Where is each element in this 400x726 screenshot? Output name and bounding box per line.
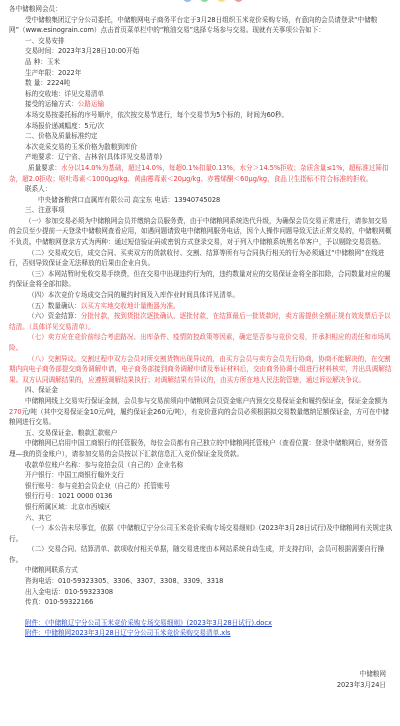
decorative-dots — [183, 0, 243, 2]
dot-green — [200, 0, 209, 2]
notice-8: （八）交割异议。交割过程中双方会员对所交割货物出现异议的，由买方会员与卖方会员先… — [9, 354, 393, 386]
delivery-place: 标的交收地：详见交易清单 — [9, 89, 393, 100]
production-year: 生产年限：2022年 — [9, 68, 393, 79]
bank-region: 银行所属区域：北京市西城区 — [9, 502, 393, 513]
transport-mode: 接受的运输方式：公路运输 — [9, 99, 393, 110]
variety: 品 种：玉米 — [9, 57, 393, 68]
signature-date: 2023年3月24日 — [9, 680, 393, 691]
account-paragraph: 中储粮网已启用中国工商银行的托管服务，每位会员都有自己独立的中储粮网托管账户（查… — [9, 438, 393, 459]
notice-6: （六）资金结算：分批付款，按到货批次逐批确认、逐批付款，在结算最后一批货款时，卖… — [9, 311, 393, 332]
fax: 传真：010-59322166 — [9, 597, 393, 608]
quantity: 数 量：2224吨 — [9, 78, 393, 89]
bank-name: 开户银行：中国工商银行翰外支行 — [9, 470, 393, 481]
announcement-body: 各中储粮网会员： 受中储粮集团辽宁分公司委托，中储粮网电子商务平台定于3月28日… — [9, 4, 393, 690]
deposit-amount: 270 — [9, 408, 22, 416]
notice-5: （五）数量确认：以买方实地交收地计量衡器为准。 — [9, 301, 393, 312]
notice-3: （三）本网站暂时免收交易手续费，但在交易中出现违约行为的，违约数量对应的交易保证… — [9, 269, 393, 290]
notice-2: （二）交易成交后，成交合同、买卖双方的货款收付、交割、结算等所有与合同执行相关的… — [9, 248, 393, 269]
section4-title: 四、保证金 — [9, 385, 393, 396]
quality-label: 质量要求： — [28, 164, 61, 172]
transport-label: 接受的运输方式： — [25, 100, 78, 108]
contact-title: 中储粮网联系方式 — [9, 565, 393, 576]
notice-5-label: （五）数量确认： — [28, 302, 81, 310]
payee-name: 收款单位账户名称：参与竞拍会员（自己的）企业名称 — [9, 460, 393, 471]
account-number: 银行账号：参与竞拍会员企业（自己的）托管账号 — [9, 481, 393, 492]
quality-value: 水分以14.0%为基础，超过14.0%，每超0.1%扣量0.13%，水分＞14.… — [9, 164, 389, 183]
contact-person: 中央储备粮营口直属库有限公司 高宝东 电话：13940745028 — [9, 195, 393, 206]
funds-phone: 出入金电话：010-59323308 — [9, 587, 393, 598]
dot-red — [234, 0, 243, 2]
bank-code: 银行行号：1021 0000 0136 — [9, 491, 393, 502]
section3-title: 三、注意事项 — [9, 205, 393, 216]
price-basis: 本次竞采交易的玉米价格为散粮到库价 — [9, 142, 393, 153]
notice-7: （七）卖方应在竞价前综合考虑路况、出库条件、疫情防控政策等因素，确定是否参与竞价… — [9, 332, 393, 353]
other-2: （二）交易合同、结算清单、款项收付相关单据，随交易进度由本网站系统自动生成，并支… — [9, 544, 393, 565]
dot-blue — [183, 0, 192, 2]
deposit-text-a: 中储粮网线上交易实行保证金制，会员参与交易前须向中储粮网会员资金账户内预交交易保… — [25, 397, 388, 405]
notice-5-value: 以买方实地交收地计量衡器为准。 — [81, 302, 180, 310]
section1-title: 一、交易安排 — [9, 36, 393, 47]
consult-phone: 咨询电话：010-59323305、3306、3307、3308、3309、33… — [9, 576, 393, 587]
deposit-paragraph: 中储粮网线上交易实行保证金制，会员参与交易前须向中储粮网会员资金账户内预交交易保… — [9, 396, 393, 428]
origin-requirement: 产地要求：辽宁省、吉林省(具体详见交易清单) — [9, 152, 393, 163]
section6-title: 六、其它 — [9, 513, 393, 524]
attachment-rules-link[interactable]: 附件：《中储粮辽宁分公司玉米竞价采购专场交易细则》(2023年3月28日试行).… — [25, 619, 272, 627]
section2-title: 二、价格及质量标准约定 — [9, 131, 393, 142]
trade-time: 交易时间：2023年3月28日10:00开始 — [9, 46, 393, 57]
other-1: （一）本公告未尽事宜，依据《中储粮辽宁分公司玉米竞价采购专场交易细则》(2023… — [9, 523, 393, 544]
notice-4: （四）本次竞价专场成交合同的履约时间及入库作业时间具体详见清单。 — [9, 290, 393, 301]
notice-6-label: （六）资金结算： — [28, 312, 81, 320]
notice-1: （一）参加交易必须为中储粮网会员并缴纳会员服务费，由于中储粮网系统迭代升级，为确… — [9, 216, 393, 248]
greeting: 各中储粮网会员： — [9, 4, 393, 15]
price-step: 本场报价递减幅度：5元/次 — [9, 121, 393, 132]
dot-yellow — [217, 0, 226, 2]
intro-paragraph: 受中储粮集团辽宁分公司委托，中储粮网电子商务平台定于3月28日组织玉米竞价采购专… — [9, 15, 393, 36]
contact-label: 联系人： — [9, 184, 393, 195]
trade-order: 本场交易按委托标的序号顺序，依次按交易节进行，每个交易节为5个标的，时间为60秒… — [9, 110, 393, 121]
attachment-list-link[interactable]: 附件：中储粮网2023年3月28日辽宁分公司玉米竞价采购交易清单.xls — [25, 629, 230, 637]
deposit-text-b: 元/吨（其中交易保证金10元/吨，履约保证金260元/吨），有竞价意向的会员必须… — [9, 408, 389, 427]
quality-requirement: 质量要求：水分以14.0%为基础，超过14.0%，每超0.1%扣量0.13%，水… — [9, 163, 393, 184]
section5-title: 五、交易保证金、粮款汇款账户 — [9, 428, 393, 439]
transport-value: 公路运输 — [78, 100, 104, 108]
signature-org: 中储粮网 — [9, 669, 393, 680]
